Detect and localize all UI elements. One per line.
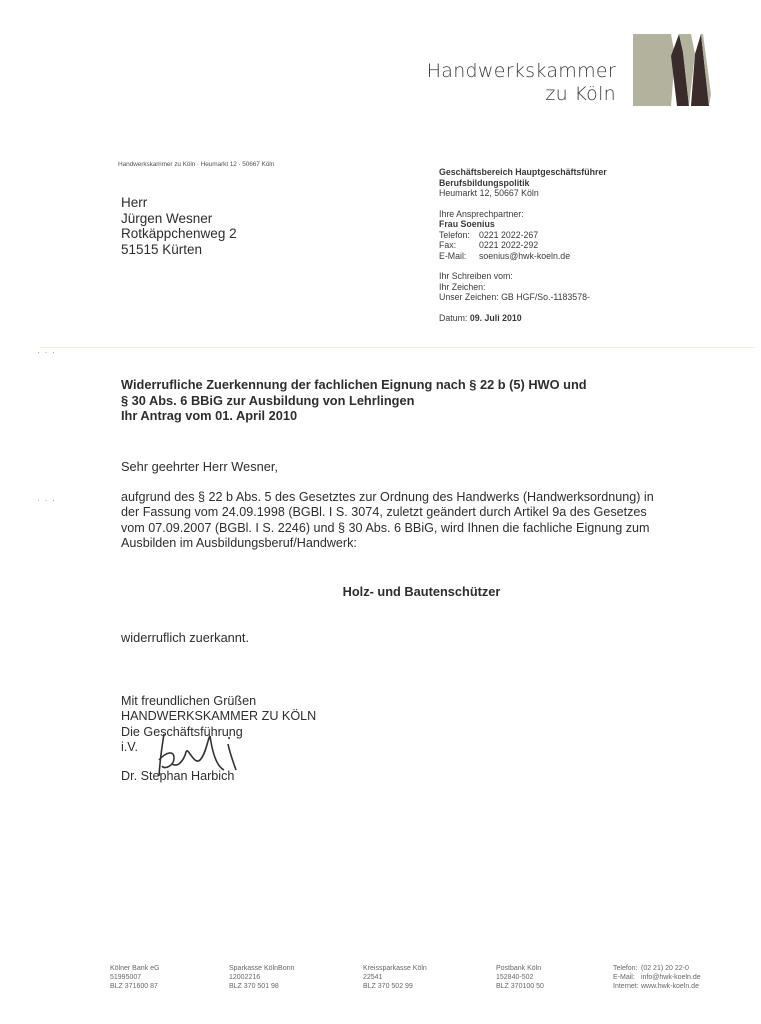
subject-line1: Widerrufliche Zuerkennung der fachlichen…	[121, 377, 587, 393]
email-row: E-Mail: soenius@hwk-koeln.de	[439, 251, 607, 262]
body-line: vom 07.09.2007 (BGBl. I S. 2246) und § 3…	[121, 521, 691, 536]
fax-value: 0221 2022-292	[479, 240, 538, 251]
recipient-city: 51515 Kürten	[121, 242, 237, 258]
email-label: E-Mail:	[439, 251, 479, 262]
date-value: 09. Juli 2010	[470, 313, 522, 323]
bank-blz: BLZ 370 501 98	[229, 982, 294, 991]
bank-account: 152840-502	[496, 973, 544, 982]
phone-label: Telefon:	[439, 230, 479, 241]
recipient-salutation: Herr	[121, 195, 237, 211]
bank-blz: BLZ 371600 87	[110, 982, 159, 991]
bank-blz: BLZ 370100 50	[496, 982, 544, 991]
footer-phone-label: Telefon:	[613, 964, 641, 973]
footer-contact: Telefon: (02 21) 20 22-0 E-Mail: info@hw…	[613, 964, 701, 991]
email-link[interactable]: soenius@hwk-koeln.de	[479, 251, 570, 262]
bank-blz: BLZ 370 502 99	[363, 982, 427, 991]
letter-salutation: Sehr geehrter Herr Wesner,	[121, 459, 278, 474]
bank-name: Postbank Köln	[496, 964, 544, 973]
our-reference: Unser Zeichen: GB HGF/So.-1183578-	[439, 292, 607, 303]
bank-account: 12002216	[229, 973, 294, 982]
body-line: Ausbilden im Ausbildungsberuf/Handwerk:	[121, 536, 691, 551]
date-label: Datum:	[439, 313, 467, 323]
trade-name: Holz- und Bautenschützer	[0, 584, 761, 599]
phone-value: 0221 2022-267	[479, 230, 538, 241]
body-line: aufgrund des § 22 b Abs. 5 des Gesetztes…	[121, 490, 691, 505]
body-line: der Fassung vom 24.09.1998 (BGBl. I S. 3…	[121, 505, 691, 520]
department-line2: Berufsbildungspolitik	[439, 178, 607, 189]
info-block: Geschäftsbereich Hauptgeschäftsführer Be…	[439, 167, 607, 323]
footer-phone: (02 21) 20 22-0	[641, 964, 689, 973]
footer-email-row: E-Mail: info@hwk-koeln.de	[613, 973, 701, 982]
fax-row: Fax: 0221 2022-292	[439, 240, 607, 251]
footer-web-label: Internet:	[613, 982, 641, 991]
org-name-line2: zu Köln	[420, 83, 616, 106]
fold-mark: · · ·	[37, 495, 56, 505]
cathedral-logo-icon	[633, 34, 717, 106]
subject-line3: Ihr Antrag vom 01. April 2010	[121, 408, 587, 424]
recipient-name: Jürgen Wesner	[121, 211, 237, 227]
awarded-text: widerruflich zuerkannt.	[121, 630, 249, 645]
fax-label: Fax:	[439, 240, 479, 251]
subject: Widerrufliche Zuerkennung der fachlichen…	[121, 377, 587, 424]
department-address: Heumarkt 12, 50667 Köln	[439, 188, 607, 199]
bank-name: Kölner Bank eG	[110, 964, 159, 973]
bank-account: 22541	[363, 973, 427, 982]
bank-name: Sparkasse KölnBonn	[229, 964, 294, 973]
signer-name: Dr. Stephan Harbich	[121, 769, 234, 783]
footer-bank-3: Kreissparkasse Köln 22541 BLZ 370 502 99	[363, 964, 427, 991]
org-name-line1: Handwerkskammer	[420, 60, 616, 83]
contact-label: Ihre Ansprechpartner:	[439, 209, 607, 220]
your-letter-label: Ihr Schreiben vom:	[439, 271, 607, 282]
recipient-address: Herr Jürgen Wesner Rotkäppchenweg 2 5151…	[121, 195, 237, 257]
sender-return-address: Handwerkskammer zu Köln · Heumarkt 12 · …	[118, 161, 274, 168]
footer-email-label: E-Mail:	[613, 973, 641, 982]
footer-bank-4: Postbank Köln 152840-502 BLZ 370100 50	[496, 964, 544, 991]
subject-line2: § 30 Abs. 6 BBiG zur Ausbildung von Lehr…	[121, 393, 587, 409]
footer-web-row: Internet: www.hwk-koeln.de	[613, 982, 701, 991]
organization-name: Handwerkskammer zu Köln	[420, 60, 616, 106]
footer-bank-1: Kölner Bank eG 51995007 BLZ 371600 87	[110, 964, 159, 991]
recipient-street: Rotkäppchenweg 2	[121, 226, 237, 242]
closing-org: HANDWERKSKAMMER ZU KÖLN	[121, 709, 316, 724]
fold-mark: · · ·	[37, 347, 56, 357]
phone-row: Telefon: 0221 2022-267	[439, 230, 607, 241]
scan-artifact-line	[40, 347, 755, 348]
letter-body: aufgrund des § 22 b Abs. 5 des Gesetztes…	[121, 490, 691, 552]
bank-name: Kreissparkasse Köln	[363, 964, 427, 973]
footer-bank-2: Sparkasse KölnBonn 12002216 BLZ 370 501 …	[229, 964, 294, 991]
footer-email-link[interactable]: info@hwk-koeln.de	[641, 973, 701, 982]
closing-greeting: Mit freundlichen Grüßen	[121, 694, 316, 709]
your-reference-label: Ihr Zeichen:	[439, 282, 607, 293]
contact-name: Frau Soenius	[439, 219, 607, 230]
department-line1: Geschäftsbereich Hauptgeschäftsführer	[439, 167, 607, 178]
footer-phone-row: Telefon: (02 21) 20 22-0	[613, 964, 701, 973]
footer-web-link[interactable]: www.hwk-koeln.de	[641, 982, 699, 991]
date-row: Datum: 09. Juli 2010	[439, 313, 607, 324]
bank-account: 51995007	[110, 973, 159, 982]
